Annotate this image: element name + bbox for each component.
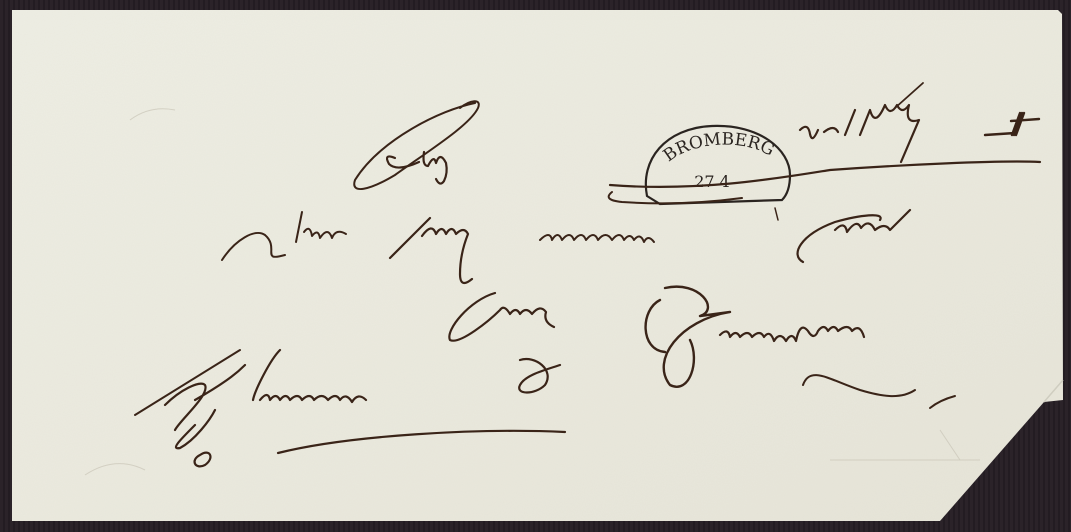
postmark-date: 27 4 [694,172,730,191]
postal-cover: BROMBERG 27 4 No. 11807 An das Königl. D… [0,0,1071,532]
paper-sheet [12,10,1063,521]
